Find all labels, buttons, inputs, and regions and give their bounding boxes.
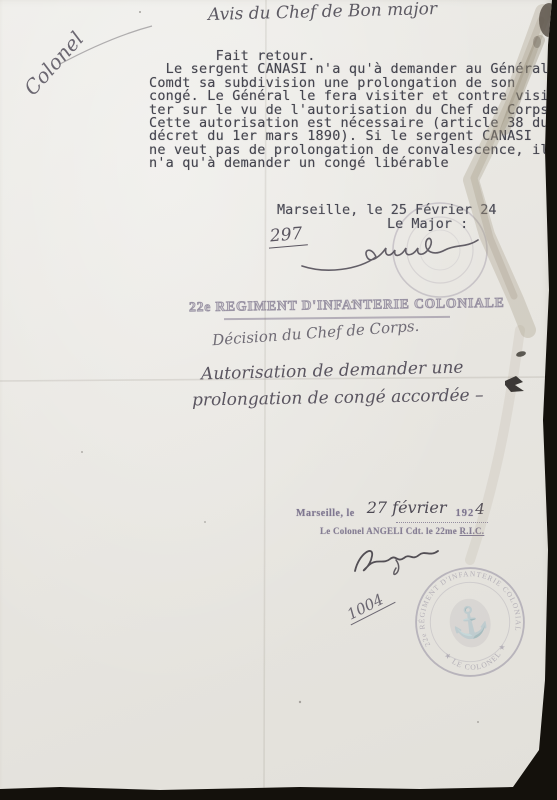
handwritten-bottom-number: 1004 [342,586,395,626]
ink-speck [516,350,527,357]
decision-heading-note: Décision du Chef de Corps. [212,317,420,349]
colonel-stamp-prefix: Le Colonel ANGELI Cdt. le 22me [320,526,457,536]
scan-background: { "annotations": { "top_note": "Avis du … [0,0,557,800]
ink-blot [505,376,524,392]
handwritten-year-digit: 4 [475,500,485,518]
handwritten-margin-note: Colonel [19,27,88,100]
paper-sheet: Fait retour. Le sergent CANASI n'a qu'à … [0,0,557,800]
date-stamp-line: Marseille, le27 février1924 [296,501,485,521]
regiment-round-stamp: 22e RÉGIMENT D'INFANTERIE COLONIALE ★ LE… [403,555,537,689]
handwritten-top-note: Avis du Chef de Bon major [208,0,437,25]
typed-line: n'a qu'à demander un congé libérable [149,157,549,170]
date-stamp-prefix: Marseille, le [296,508,355,519]
colonel-stamp-line: Le Colonel ANGELI Cdt. le 22me R.I.C. [320,526,484,536]
decision-note-line2: prolongation de congé accordée – [192,385,484,410]
typed-text-block: Fait retour. Le sergent CANASI n'a qu'à … [149,50,549,171]
date-dotted-line [396,521,488,523]
handwritten-day: 27 février [367,498,447,517]
ink-blot-top-right [539,3,557,37]
anchor-icon: ⚓ [448,602,492,643]
colonel-stamp-unit: R.I.C. [460,526,485,536]
regiment-header-stamp: 22e REGIMENT D'INFANTERIE COLONIALE [189,295,505,315]
major-signature [298,224,483,276]
decision-note-line1: Autorisation de demander une [201,358,464,385]
date-stamp-year: 192 [455,508,474,519]
